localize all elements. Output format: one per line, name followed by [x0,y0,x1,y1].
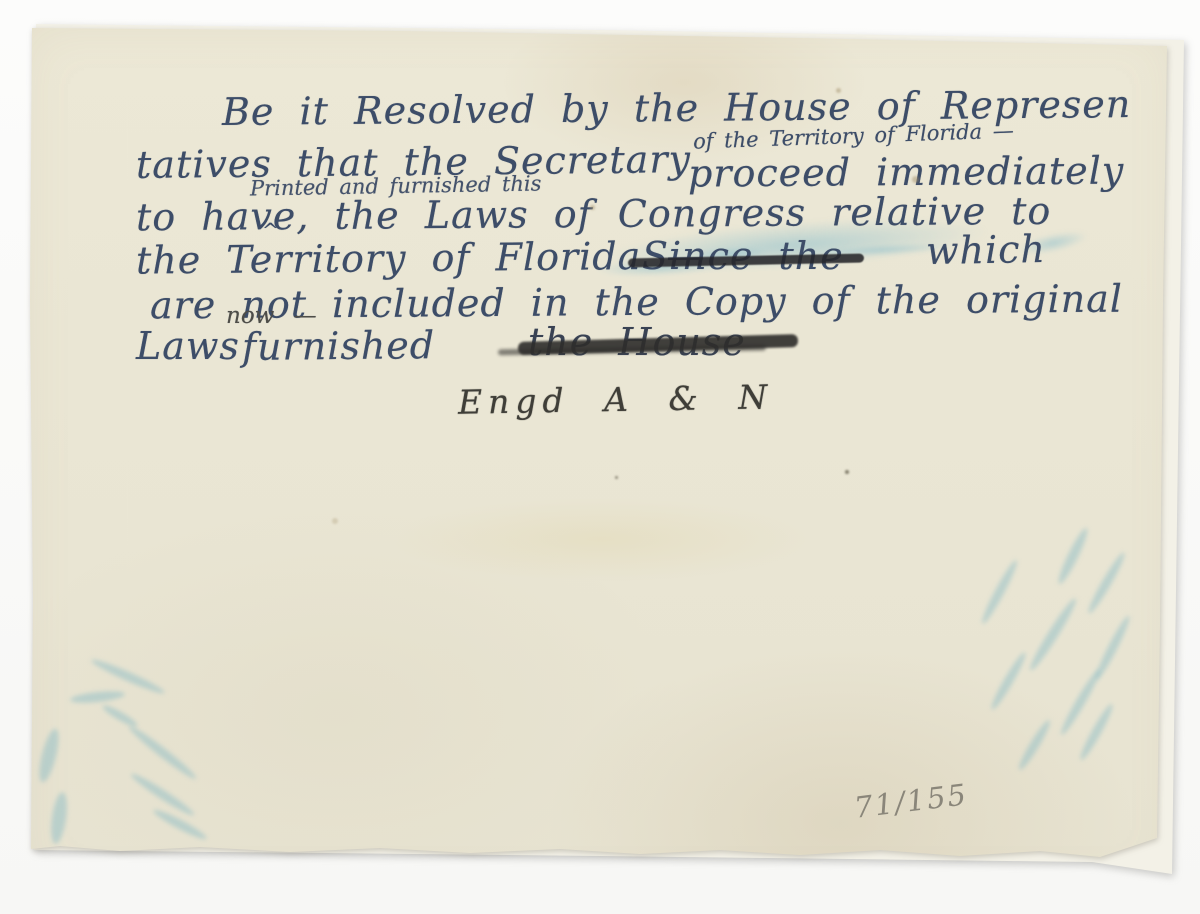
pencil-page-number: 71/155 [852,777,969,825]
foxing-spot [836,88,841,93]
blue-crayon-mark [48,791,69,844]
blue-crayon-mark [1085,550,1128,615]
foxing-spot [332,518,338,524]
blue-crayon-mark [1016,718,1054,772]
blue-crayon-mark [151,806,208,842]
pencil-docket-annotation: Engd A & N [458,377,774,421]
handwritten-line-6: Laws [136,324,240,368]
blue-crayon-mark [70,689,126,705]
foxing-spot [912,176,919,183]
foxing-spot [590,205,595,210]
blue-crayon-mark [988,650,1029,712]
manuscript-page: Be it Resolved by the House of Represen … [0,0,1200,914]
blue-crayon-mark [979,558,1021,626]
struck-out-words: the House [528,320,746,364]
handwritten-line-4: the Territory of Florida — [136,234,706,283]
foxing-spot [845,470,849,474]
foxing-spot [615,476,618,479]
blue-crayon-mark [1077,702,1116,762]
blue-crayon-mark [1055,526,1091,586]
blue-crayon-mark [1026,596,1080,673]
handwritten-line-2-end: proceed immediately [688,148,1125,195]
struck-out-words: Since the [642,234,844,278]
handwritten-line-6-mid: furnished [242,323,436,369]
blue-crayon-mark [36,727,63,784]
handwritten-line-4-end: which [926,227,1047,273]
blue-crayon-mark [101,703,140,730]
blue-crayon-mark [126,723,199,782]
